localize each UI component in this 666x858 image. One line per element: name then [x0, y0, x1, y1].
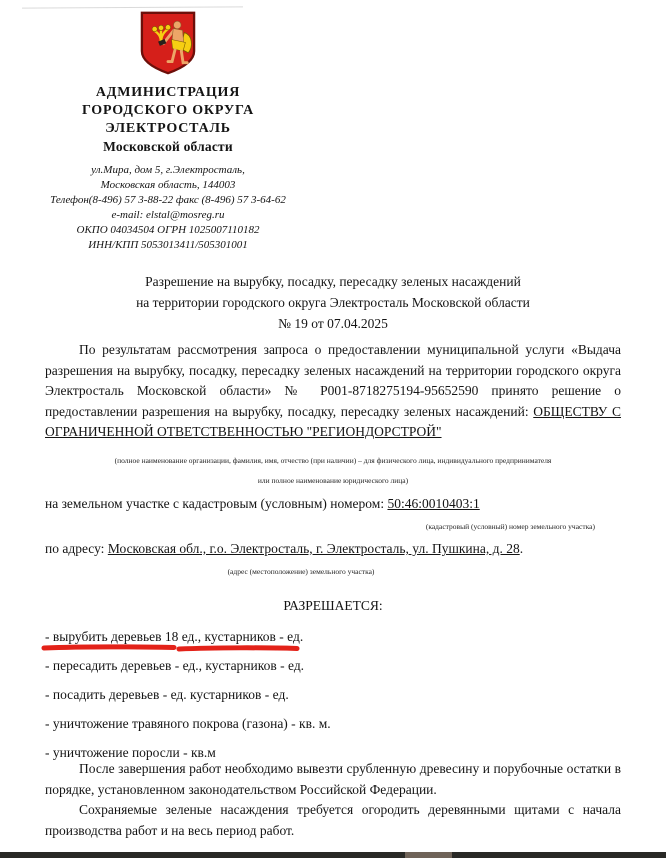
org-field-caption: (полное наименование организации, фамили…	[0, 456, 666, 486]
title-line-2: на территории городского округа Электрос…	[0, 292, 666, 313]
allowed-items-list: - вырубить деревьев 18 ед., кустарников …	[45, 627, 621, 772]
allowed-item-text: - посадить деревьев - ед. кустарников - …	[45, 687, 289, 702]
org-name-line: ЭЛЕКТРОСТАЛЬ	[0, 120, 336, 138]
org-caption-line-2: или полное наименование юридического лиц…	[0, 476, 666, 486]
allowed-item-replant-trees: - пересадить деревьев - ед., кустарников…	[45, 656, 621, 676]
address-value: Московская обл., г.о. Электросталь, г. Э…	[108, 541, 520, 556]
closing-paragraph-removal: После завершения работ необходимо вывезт…	[45, 759, 621, 800]
address-label: по адресу:	[45, 541, 108, 556]
contact-line-okpo-ogrn: ОКПО 04034504 ОГРН 1025007110182	[0, 223, 336, 238]
allowed-item-text: - вырубить деревьев 18 ед., кустарников …	[45, 629, 303, 644]
allowed-item-cut-trees: - вырубить деревьев 18 ед., кустарников …	[45, 627, 621, 647]
allowed-item-lawn-removal: - уничтожение травяного покрова (газона)…	[45, 714, 621, 734]
decision-paragraph: По результатам рассмотрения запроса о пр…	[45, 340, 621, 443]
contact-line-region: Московская область, 144003	[0, 178, 336, 193]
cadastral-line: на земельном участке с кадастровым (усло…	[45, 494, 621, 514]
allowed-item-text: - уничтожение травяного покрова (газона)…	[45, 716, 331, 731]
org-name-line: АДМИНИСТРАЦИЯ	[0, 84, 336, 102]
document-page: АДМИНИСТРАЦИЯ ГОРОДСКОГО ОКРУГА ЭЛЕКТРОС…	[0, 0, 666, 858]
coat-of-arms-elektrostal-icon	[139, 10, 197, 76]
document-title: Разрешение на вырубку, посадку, пересадк…	[0, 271, 666, 334]
cadastral-number: 50:46:0010403:1	[387, 496, 479, 511]
title-line-1: Разрешение на вырубку, посадку, пересадк…	[0, 271, 666, 292]
contact-line-street: ул.Мира, дом 5, г.Электросталь,	[0, 163, 336, 178]
scan-artifact-line	[22, 6, 243, 8]
organization-name-block: АДМИНИСТРАЦИЯ ГОРОДСКОГО ОКРУГА ЭЛЕКТРОС…	[0, 84, 336, 156]
contact-line-phone: Телефон(8-496) 57 3-88-22 факс (8-496) 5…	[0, 193, 336, 208]
address-line: по адресу: Московская обл., г.о. Электро…	[45, 539, 621, 559]
address-caption: (адрес (местоположение) земельного участ…	[45, 567, 557, 577]
org-name-line: ГОРОДСКОГО ОКРУГА	[0, 102, 336, 120]
address-period: .	[520, 541, 523, 556]
org-region-line: Московской области	[0, 138, 336, 156]
org-caption-line-1: (полное наименование организации, фамили…	[115, 456, 552, 465]
allowed-item-text: - пересадить деревьев - ед., кустарников…	[45, 658, 304, 673]
cadastral-label: на земельном участке с кадастровым (усло…	[45, 496, 387, 511]
contact-details-block: ул.Мира, дом 5, г.Электросталь, Московск…	[0, 163, 336, 253]
allowed-item-plant-trees: - посадить деревьев - ед. кустарников - …	[45, 685, 621, 705]
allowed-item-text: - уничтожение поросли - кв.м	[45, 745, 216, 760]
closing-paragraph-fencing: Сохраняемые зеленые насаждения требуется…	[45, 800, 621, 841]
letterhead: АДМИНИСТРАЦИЯ ГОРОДСКОГО ОКРУГА ЭЛЕКТРОС…	[0, 10, 336, 253]
bottom-bar-light-segment	[405, 852, 452, 858]
contact-line-email: e-mail: elstal@mosreg.ru	[0, 208, 336, 223]
contact-line-inn-kpp: ИНН/КПП 5053013411/505301001	[0, 238, 336, 253]
closing-paragraphs: После завершения работ необходимо вывезт…	[45, 759, 621, 841]
bottom-scan-bar	[0, 852, 666, 858]
cadastral-caption: (кадастровый (условный) номер земельного…	[45, 522, 595, 532]
title-number-date: № 19 от 07.04.2025	[0, 313, 666, 334]
allowed-section-heading: РАЗРЕШАЕТСЯ:	[0, 598, 666, 614]
